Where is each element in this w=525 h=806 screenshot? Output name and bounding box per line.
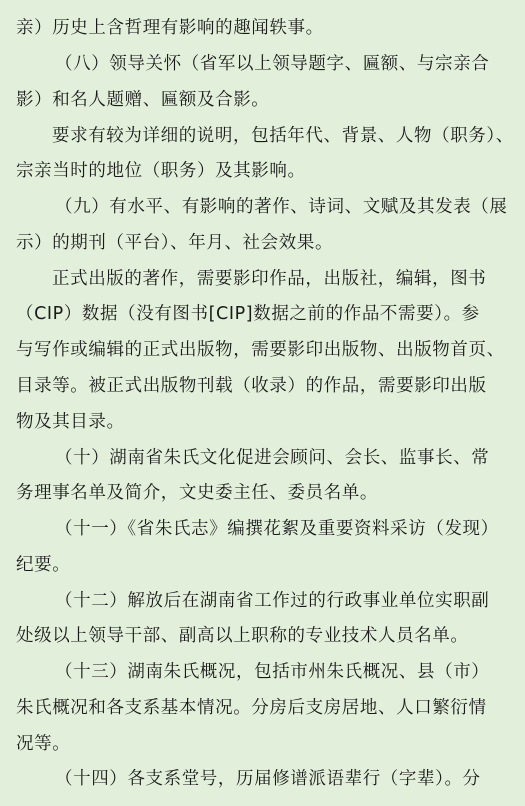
text-line-publication-note-4: 目录等。被正式出版物刊载（收录）的作品，需要影印出版 [16,374,487,398]
text-line-item-13-cont-2: 况等。 [16,732,70,756]
text-line-continuation-7: 亲）历史上含哲理有影响的趣闻轶事。 [16,16,324,40]
text-line-item-10: （十）湖南省朱氏文化促进会顾问、会长、监事长、常 [55,446,489,470]
text-line-item-8-requirement: 要求有较为详细的说明，包括年代、背景、人物（职务）、 [52,124,514,148]
text-line-item-11: （十一）《省朱氏志》编撰花絮及重要资料采访（发现） [55,517,499,541]
text-line-item-8-requirement-cont: 宗亲当时的地位（职务）及其影响。 [16,159,306,183]
text-line-item-13-cont: 朱氏概况和各支系基本情况。分房后支房居地、人口繁衍情 [16,696,487,720]
text-line-item-9-cont: 示）的期刊（平台）、年月、社会效果。 [16,231,333,255]
text-line-item-12-cont: 处级以上领导干部、副高以上职称的专业技术人员名单。 [16,624,469,648]
text-line-item-14: （十四）各支系堂号，历届修谱派语辈行（字辈）。分 [55,767,481,791]
text-line-item-10-cont: 务理事名单及简介，文史委主任、委员名单。 [16,481,378,505]
text-line-item-13: （十三）湖南朱氏概况，包括市州朱氏概况、县（市） [55,660,489,684]
text-line-item-9: （九）有水平、有影响的著作、诗词、文赋及其发表（展 [55,195,508,219]
text-line-publication-note-5: 物及其目录。 [16,410,125,434]
document-page: 亲）历史上含哲理有影响的趣闻轶事。 （八）领导关怀（省军以上领导题字、匾额、与宗… [0,0,525,806]
text-line-publication-note-2: （CIP）数据（没有图书[CIP]数据之前的作品不需要）。参 [16,302,480,326]
text-line-publication-note-3: 与写作或编辑的正式出版物，需要影印出版物、出版物首页、 [16,338,505,362]
text-line-publication-note: 正式出版的著作，需要影印作品，出版社，编辑，图书 [52,267,486,291]
text-line-item-8: （八）领导关怀（省军以上领导题字、匾额、与宗亲合 [55,52,489,76]
text-line-item-8-cont: 影）和名人题赠、匾额及合影。 [16,88,269,112]
text-line-item-12: （十二）解放后在湖南省工作过的行政事业单位实职副 [55,589,489,613]
text-line-item-11-cont: 纪要。 [16,553,70,577]
